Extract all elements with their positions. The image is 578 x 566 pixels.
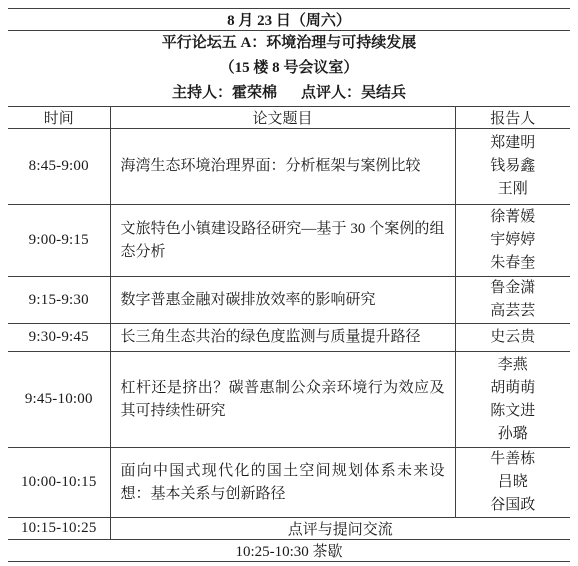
reviewer-name: 点评人：吴结兵 (301, 85, 406, 101)
presenter: 钱易鑫 (456, 155, 571, 178)
paper-title: 面向中国式现代化的国土空间规划体系未来设想：基本关系与创新路径 (110, 448, 455, 518)
discussion-row: 10:15-10:25 点评与提问交流 (8, 518, 570, 540)
session-time: 10:15-10:25 (8, 518, 110, 540)
presenter: 李燕 (456, 354, 571, 377)
col-header-time: 时间 (8, 107, 110, 129)
session-time: 9:45-10:00 (8, 352, 110, 448)
presenter: 宇婷婷 (456, 229, 571, 252)
presenter-list: 李燕 胡萌萌 陈文进 孙璐 (455, 352, 570, 448)
presenter: 孙璐 (456, 423, 571, 446)
discussion-label: 点评与提问交流 (110, 518, 570, 540)
forum-title: 平行论坛五 A：环境治理与可持续发展 (8, 31, 570, 56)
paper-title: 数字普惠金融对碳排放效率的影响研究 (110, 277, 455, 324)
paper-title: 海湾生态环境治理界面：分析框架与案例比较 (110, 129, 455, 205)
tea-break-label: 10:25-10:30 茶歇 (8, 540, 570, 562)
column-header-row: 时间 论文题目 报告人 (8, 107, 570, 129)
presenter: 牛善栋 (456, 448, 571, 471)
presenter-list: 鲁金潇 高芸芸 (455, 277, 570, 324)
forum-info-row: 平行论坛五 A：环境治理与可持续发展 （15 楼 8 号会议室） 主持人：霍荣棉… (8, 31, 570, 107)
table-row: 9:15-9:30 数字普惠金融对碳排放效率的影响研究 鲁金潇 高芸芸 (8, 277, 570, 324)
session-time: 9:15-9:30 (8, 277, 110, 324)
presenter: 郑建明 (456, 132, 571, 155)
table-row: 9:30-9:45 长三角生态共治的绿色度监测与质量提升路径 史云贵 (8, 324, 570, 352)
session-time: 10:00-10:15 (8, 448, 110, 518)
presenter: 高芸芸 (456, 300, 571, 323)
col-header-title: 论文题目 (110, 107, 455, 129)
session-time: 9:30-9:45 (8, 324, 110, 352)
session-time: 9:00-9:15 (8, 205, 110, 277)
presenter: 鲁金潇 (456, 277, 571, 300)
forum-hosts-line: 主持人：霍荣棉点评人：吴结兵 (8, 81, 570, 106)
presenter-list: 徐菁媛 宇婷婷 朱春奎 (455, 205, 570, 277)
table-row: 9:00-9:15 文旅特色小镇建设路径研究—基于 30 个案例的组态分析 徐菁… (8, 205, 570, 277)
tea-break-row: 10:25-10:30 茶歇 (8, 540, 570, 562)
date-row: 8 月 23 日（周六） (8, 9, 570, 31)
presenter-list: 牛善栋 吕晓 谷国政 (455, 448, 570, 518)
paper-title: 杠杆还是挤出？碳普惠制公众亲环境行为效应及其可持续性研究 (110, 352, 455, 448)
forum-info-cell: 平行论坛五 A：环境治理与可持续发展 （15 楼 8 号会议室） 主持人：霍荣棉… (8, 31, 570, 107)
presenter-list: 郑建明 钱易鑫 王刚 (455, 129, 570, 205)
host-name: 主持人：霍荣棉 (172, 85, 277, 101)
presenter: 陈文进 (456, 400, 571, 423)
presenter-list: 史云贵 (455, 324, 570, 352)
table-row: 9:45-10:00 杠杆还是挤出？碳普惠制公众亲环境行为效应及其可持续性研究 … (8, 352, 570, 448)
paper-title: 长三角生态共治的绿色度监测与质量提升路径 (110, 324, 455, 352)
forum-room: （15 楼 8 号会议室） (8, 56, 570, 81)
session-time: 8:45-9:00 (8, 129, 110, 205)
table-row: 8:45-9:00 海湾生态环境治理界面：分析框架与案例比较 郑建明 钱易鑫 王… (8, 129, 570, 205)
presenter: 王刚 (456, 178, 571, 201)
session-date: 8 月 23 日（周六） (8, 9, 570, 31)
presenter: 吕晓 (456, 471, 571, 494)
presenter: 胡萌萌 (456, 377, 571, 400)
presenter: 谷国政 (456, 494, 571, 517)
presenter: 徐菁媛 (456, 206, 571, 229)
table-row: 10:00-10:15 面向中国式现代化的国土空间规划体系未来设想：基本关系与创… (8, 448, 570, 518)
presenter: 史云贵 (456, 326, 571, 349)
paper-title: 文旅特色小镇建设路径研究—基于 30 个案例的组态分析 (110, 205, 455, 277)
col-header-presenter: 报告人 (455, 107, 570, 129)
presenter: 朱春奎 (456, 252, 571, 275)
conference-program-table: 8 月 23 日（周六） 平行论坛五 A：环境治理与可持续发展 （15 楼 8 … (8, 8, 570, 562)
